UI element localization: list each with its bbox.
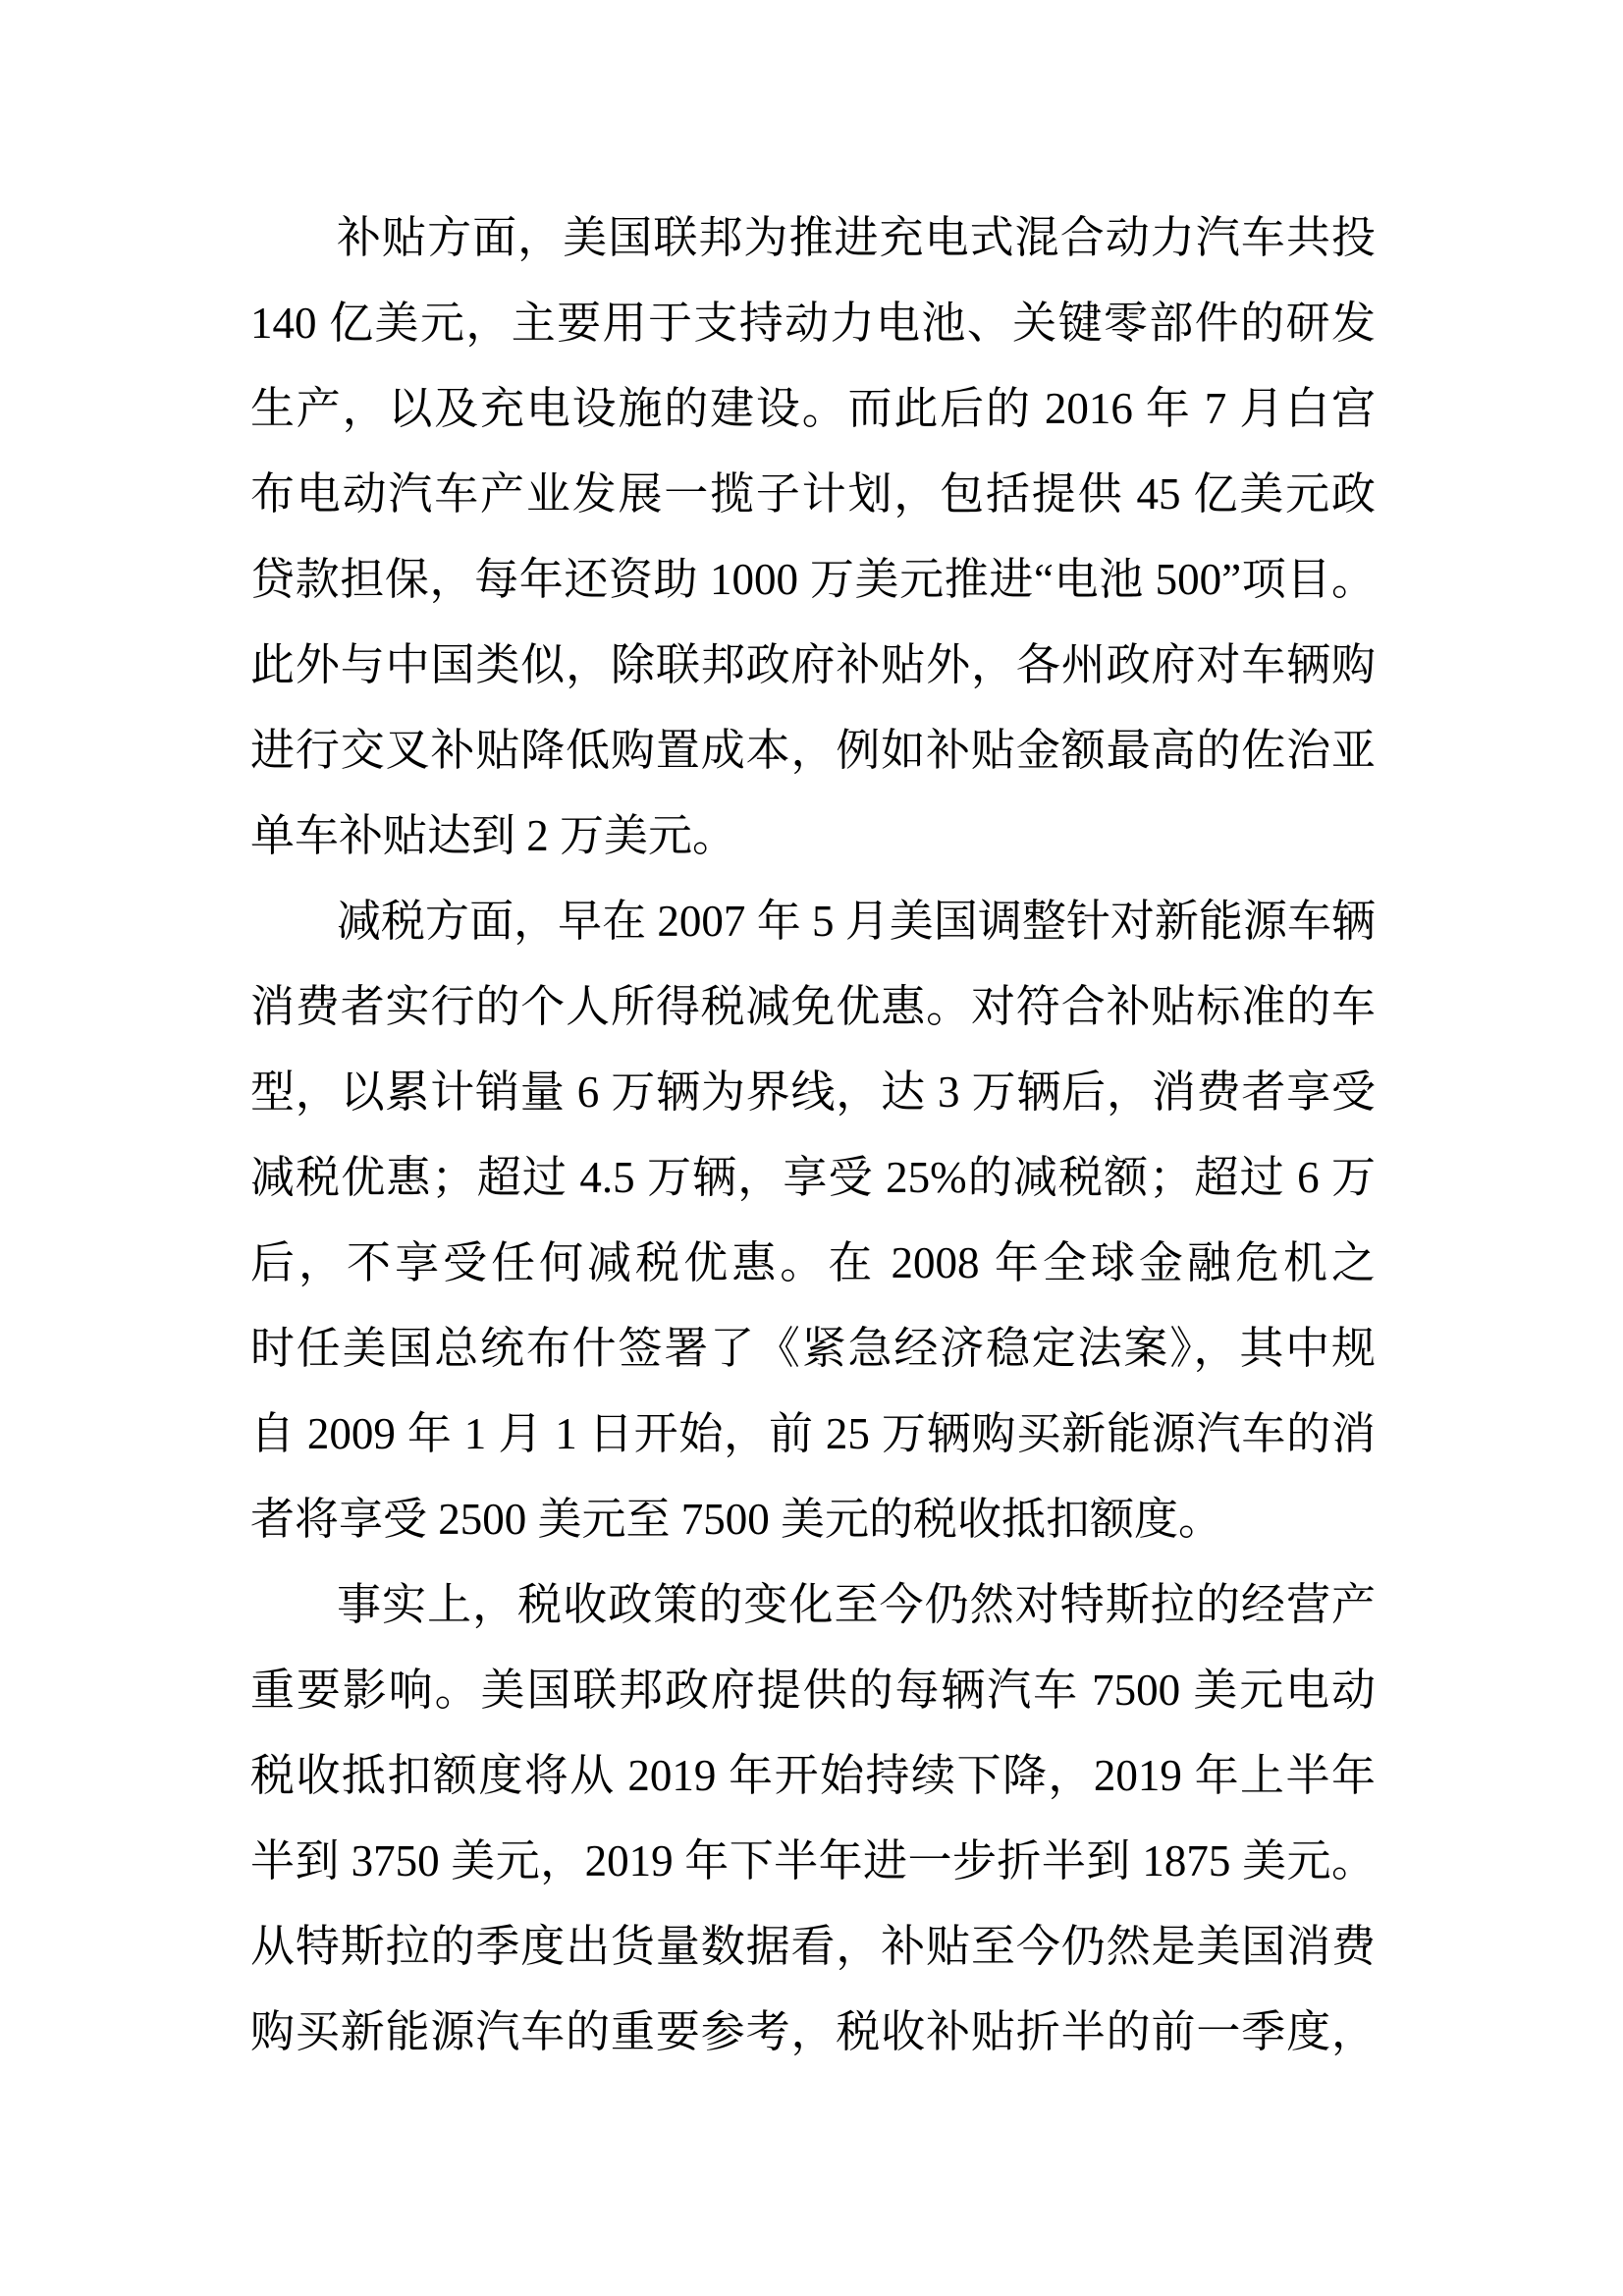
text-line: 重要影响。美国联邦政府提供的每辆汽车 7500 美元电动车 bbox=[250, 1648, 1376, 1733]
text-line: 减税方面，早在 2007 年 5 月美国调整针对新能源车辆 bbox=[250, 879, 1376, 964]
text-line: 进行交叉补贴降低购置成本，例如补贴金额最高的佐治亚州 bbox=[250, 708, 1376, 793]
text-block: 补贴方面，美国联邦为推进充电式混合动力汽车共投入140 亿美元，主要用于支持动力… bbox=[250, 195, 1376, 2075]
text-line: 购买新能源汽车的重要参考，税收补贴折半的前一季度，特 bbox=[250, 1990, 1376, 2075]
text-line: 消费者实行的个人所得税减免优惠。对符合补贴标准的车 bbox=[250, 964, 1376, 1050]
text-line: 补贴方面，美国联邦为推进充电式混合动力汽车共投入 bbox=[250, 195, 1376, 281]
text-line: 140 亿美元，主要用于支持动力电池、关键零部件的研发和 bbox=[250, 281, 1376, 366]
text-line: 自 2009 年 1 月 1 日开始，前 25 万辆购买新能源汽车的消费 bbox=[250, 1392, 1376, 1477]
text-line: 单车补贴达到 2 万美元。 bbox=[250, 793, 1376, 879]
text-line: 贷款担保，每年还资助 1000 万美元推进“电池 500”项目。 bbox=[250, 537, 1376, 623]
text-line: 时任美国总统布什签署了《紧急经济稳定法案》，其中规定 bbox=[250, 1306, 1376, 1392]
text-line: 事实上，税收政策的变化至今仍然对特斯拉的经营产生 bbox=[250, 1562, 1376, 1648]
text-line: 型，以累计销量 6 万辆为界线，达 3 万辆后，消费者享受 50% bbox=[250, 1050, 1376, 1135]
document-page: 补贴方面，美国联邦为推进充电式混合动力汽车共投入140 亿美元，主要用于支持动力… bbox=[0, 0, 1623, 2296]
text-line: 半到 3750 美元，2019 年下半年进一步折半到 1875 美元。而 bbox=[250, 1819, 1376, 1904]
text-line: 者将享受 2500 美元至 7500 美元的税收抵扣额度。 bbox=[250, 1477, 1376, 1562]
text-line: 从特斯拉的季度出货量数据看，补贴至今仍然是美国消费者 bbox=[250, 1904, 1376, 1990]
text-line: 税收抵扣额度将从 2019 年开始持续下降，2019 年上半年折 bbox=[250, 1733, 1376, 1819]
text-line: 此外与中国类似，除联邦政府补贴外，各州政府对车辆购置 bbox=[250, 623, 1376, 708]
text-line: 减税优惠；超过 4.5 万辆，享受 25%的减税额；超过 6 万辆 bbox=[250, 1135, 1376, 1221]
text-line: 生产，以及充电设施的建设。而此后的 2016 年 7 月白宫发 bbox=[250, 366, 1376, 452]
text-line: 布电动汽车产业发展一揽子计划，包括提供 45 亿美元政府 bbox=[250, 452, 1376, 537]
text-line: 后，不享受任何减税优惠。在 2008 年全球金融危机之后， bbox=[250, 1221, 1376, 1306]
